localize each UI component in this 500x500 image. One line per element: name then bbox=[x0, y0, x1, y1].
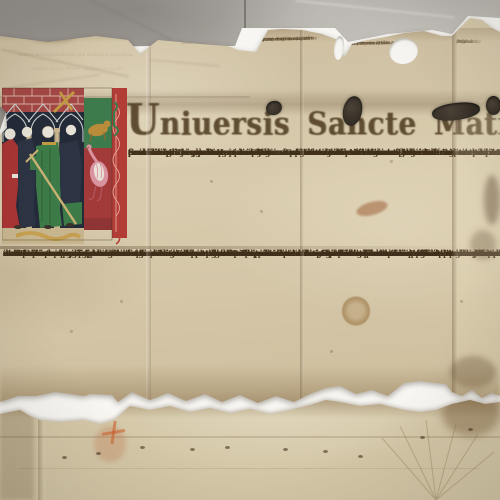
foxing-spot bbox=[390, 160, 393, 163]
foxing-spot bbox=[70, 330, 73, 333]
show-through-text: littera indulgenciarum per dominos conce… bbox=[18, 52, 218, 58]
foxing-spot bbox=[330, 350, 333, 353]
miniature-illustration bbox=[2, 86, 127, 246]
stain bbox=[30, 30, 75, 42]
red-initial-bar bbox=[112, 88, 127, 244]
stain bbox=[484, 175, 500, 225]
foxing-spot bbox=[430, 250, 433, 253]
foxing-spot bbox=[260, 210, 263, 213]
archival-note-edge: collacio facta est bbox=[182, 39, 240, 46]
fold-crease-vertical bbox=[146, 30, 151, 406]
green-panel-gold-beast bbox=[84, 98, 112, 148]
body-text-upper: presentes litteras inspecturis Nos miser… bbox=[128, 146, 489, 249]
pink-bird-on-red bbox=[84, 144, 112, 230]
foxing-spot bbox=[460, 300, 463, 303]
stain bbox=[342, 296, 370, 326]
archival-note-block: Indulgencie concesse capellebeate Marie … bbox=[245, 35, 338, 95]
foxing-spot bbox=[210, 180, 213, 183]
charter-main-wrap: littera indulgenciarum per dominos conce… bbox=[0, 0, 500, 500]
fold-crease-horizontal bbox=[0, 246, 470, 249]
fold-crease-vertical bbox=[300, 30, 304, 406]
manuscript-photo: littera indulgenciarum per dominos conce… bbox=[0, 0, 500, 500]
hole-dark bbox=[486, 96, 500, 115]
show-through-text: capelle beate Marie uirginis in opido bbox=[30, 66, 200, 72]
stain bbox=[470, 230, 496, 260]
charter-main: littera indulgenciarum per dominos conce… bbox=[0, 0, 500, 500]
torn-edge-shading bbox=[0, 366, 500, 408]
charter-headline: Uniuersis Sancte Matris ecclesie filiis … bbox=[126, 94, 500, 152]
text-line: unius uirginis gloriose matris legis et … bbox=[128, 146, 500, 159]
archival-note-line: registrata est bbox=[344, 40, 376, 49]
foxing-spot bbox=[120, 300, 123, 303]
